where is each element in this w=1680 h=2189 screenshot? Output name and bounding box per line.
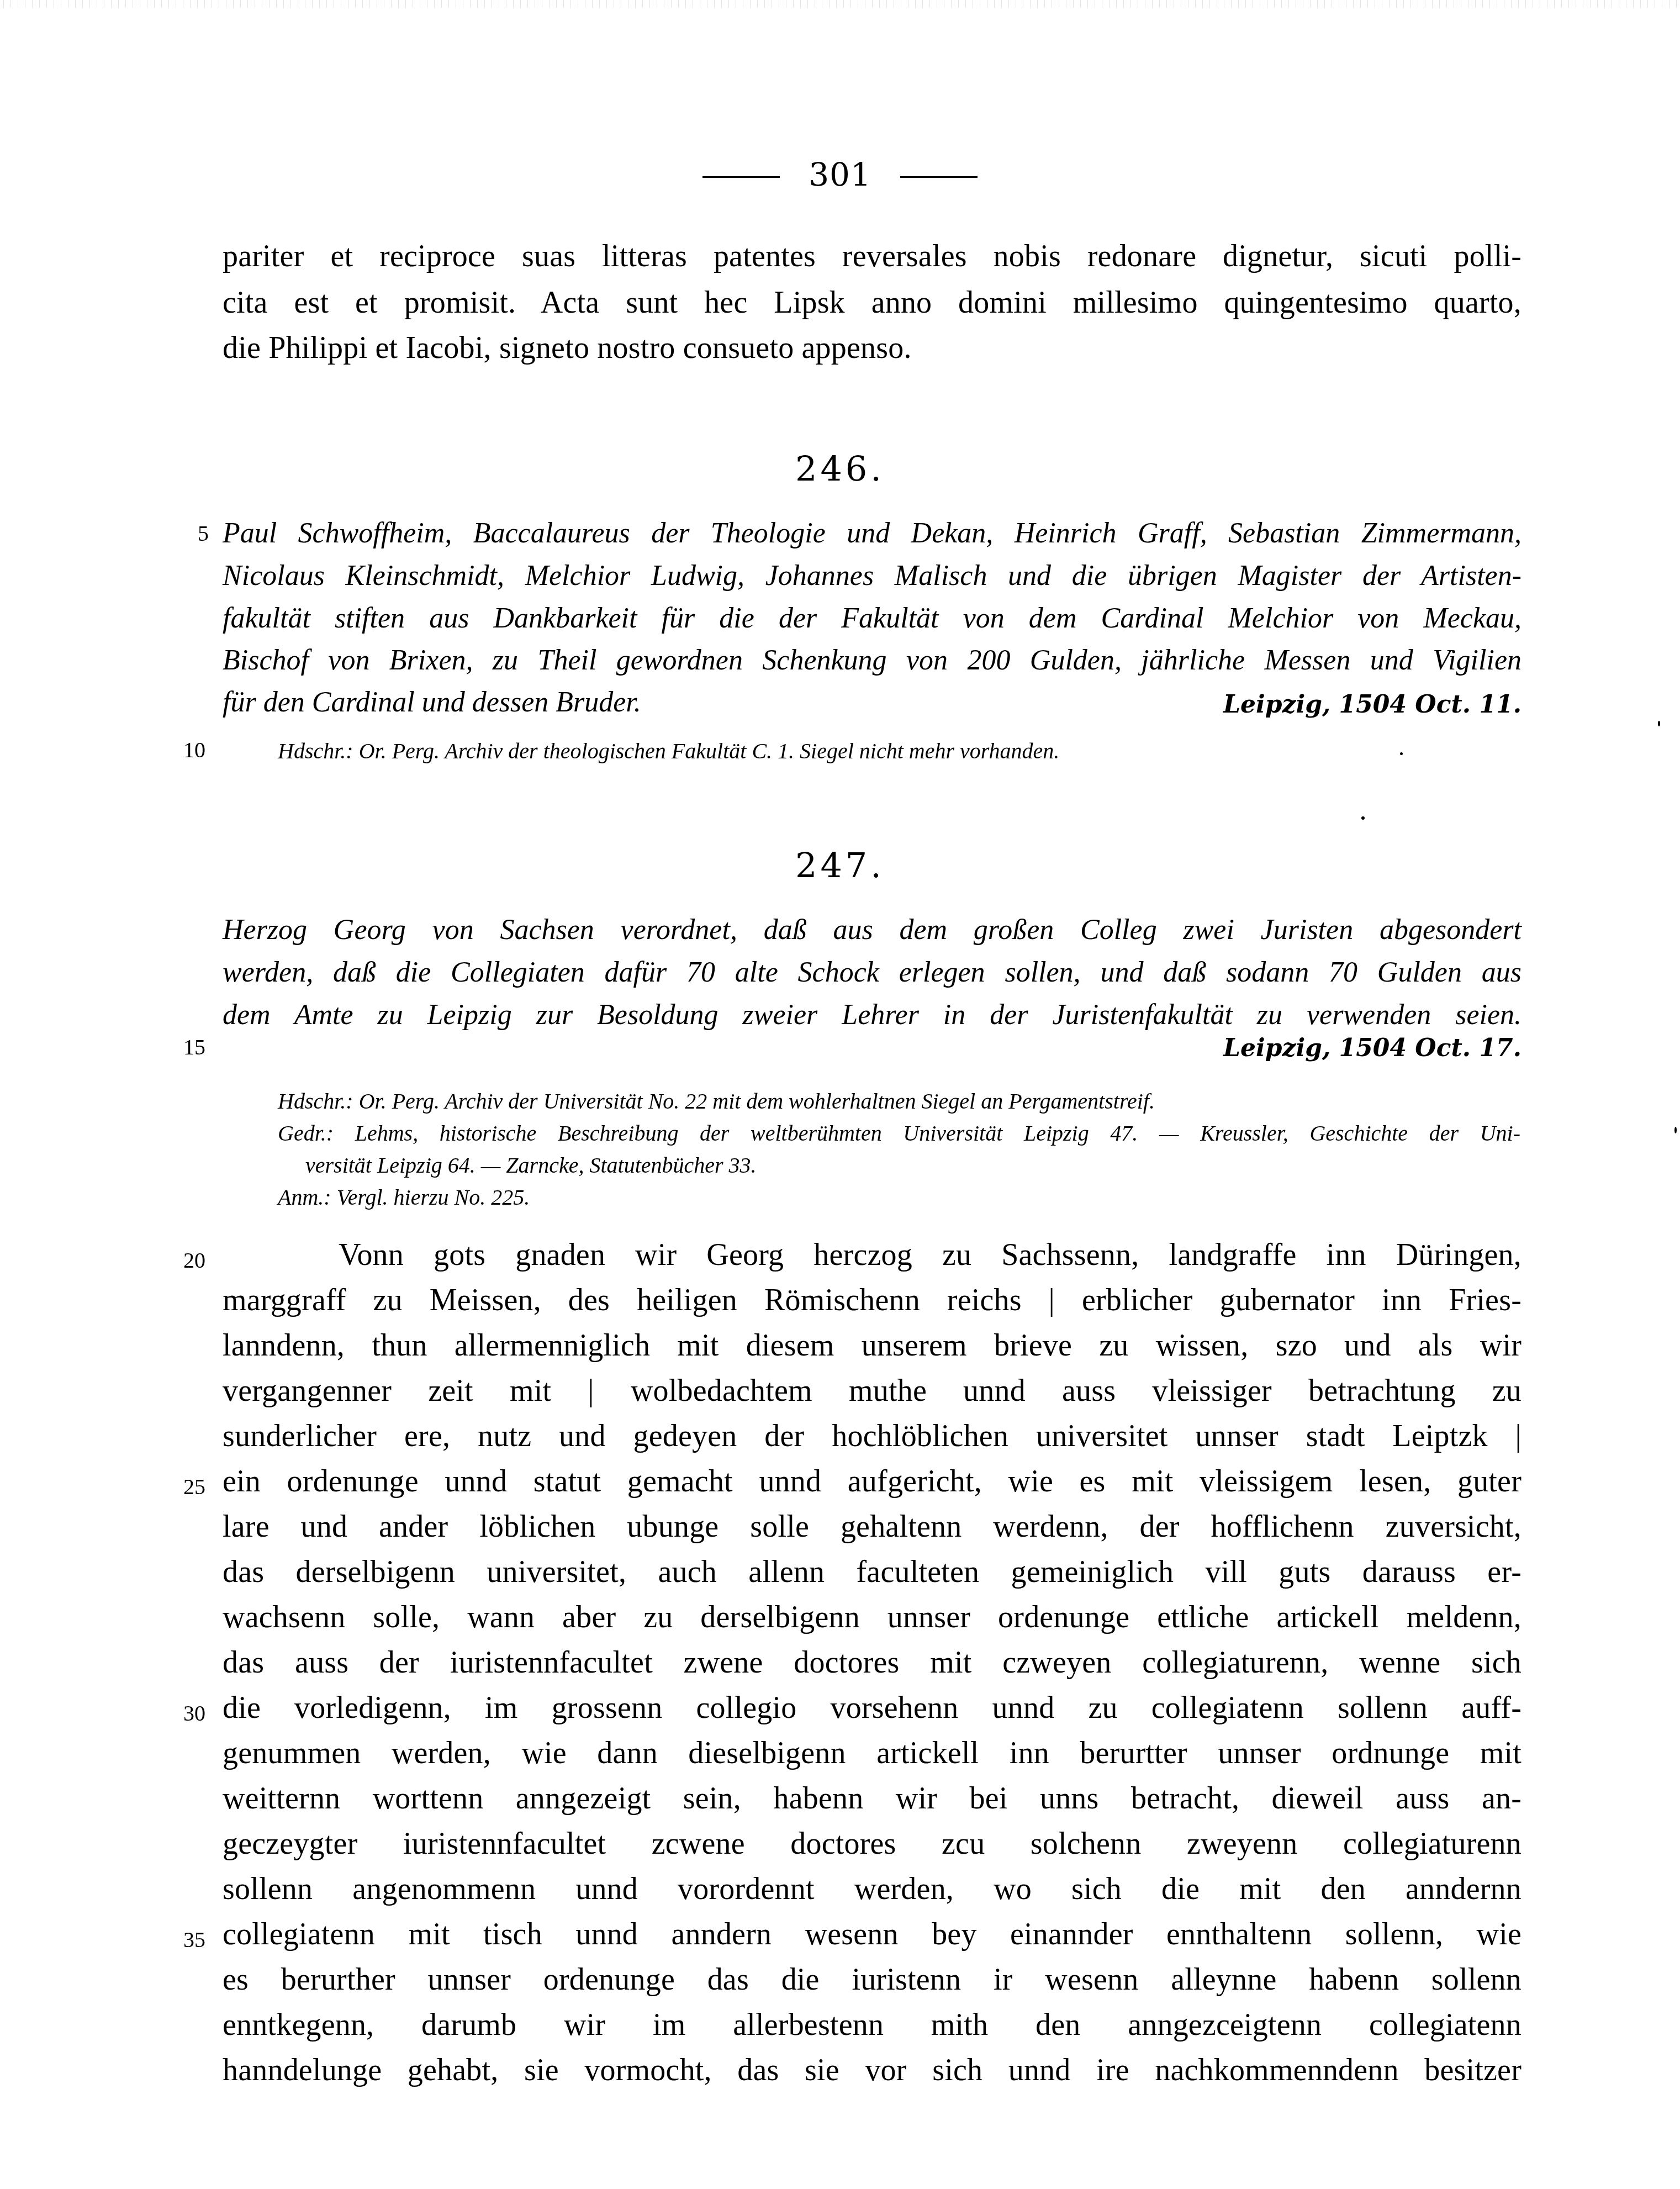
body-line: lanndenn, thun allermenniglich mit diese… [223, 1328, 1521, 1363]
body-line: ein ordenunge unnd statut gemacht unnd a… [223, 1464, 1521, 1499]
scan-speck [1658, 721, 1660, 726]
scan-speck [1674, 1127, 1677, 1133]
margin-line-number: 25 [183, 1474, 205, 1500]
regest-line: Bischof von Brixen, zu Theil gewordnen S… [223, 644, 1521, 677]
body-line: collegiatenn mit tisch unnd anndern wese… [223, 1917, 1521, 1952]
document-date: Leipzig, 1504 Oct. 11. [1223, 690, 1521, 719]
margin-line-number: 10 [183, 737, 205, 763]
body-line: marggraff zu Meissen, des heiligen Römis… [223, 1283, 1521, 1318]
body-line: vergangenner zeit mit | wolbedachtem mut… [223, 1373, 1521, 1409]
body-line: das derselbigenn universitet, auch allen… [223, 1554, 1521, 1590]
manuscript-note: Hdschr.: Or. Perg. Archiv der theologisc… [278, 738, 1059, 764]
body-line: geczeygter iuristennfacultet zcwene doct… [223, 1826, 1521, 1861]
body-line: das auss der iuristennfacultet zwene doc… [223, 1645, 1521, 1680]
body-line: genummen werden, wie dann dieselbigenn a… [223, 1736, 1521, 1771]
note-remark: Anm.: Vergl. hierzu No. 225. [278, 1184, 530, 1210]
page-number-dash-left [702, 176, 780, 178]
text-line: pariter et reciproce suas litteras paten… [223, 239, 1521, 274]
body-line: wachsenn solle, wann aber zu derselbigen… [223, 1600, 1521, 1635]
regest-line: werden, daß die Collegiaten dafür 70 alt… [223, 956, 1521, 989]
scan-edge-artifact [0, 0, 1680, 8]
body-line: die vorledigenn, im grossenn collegio vo… [223, 1690, 1521, 1726]
document-heading-246: 246. [0, 449, 1680, 489]
regest-line: Nicolaus Kleinschmidt, Melchior Ludwig, … [223, 560, 1521, 592]
page-number-value: 301 [809, 156, 871, 193]
scan-speck [1361, 816, 1365, 820]
text-line: cita est et promisit. Acta sunt hec Lips… [223, 285, 1521, 320]
regest-line: fakultät stiften aus Dankbarkeit für die… [223, 602, 1521, 635]
body-line: es berurther unnser ordenunge das die iu… [223, 1962, 1521, 1997]
text-line: die Philippi et Iacobi, signeto nostro c… [223, 330, 1521, 366]
page-number-dash-right [900, 176, 978, 178]
margin-line-number: 20 [183, 1247, 205, 1273]
body-line: sunderlicher ere, nutz und gedeyen der h… [223, 1418, 1521, 1454]
margin-line-number: 5 [198, 520, 209, 546]
margin-line-number: 15 [183, 1034, 205, 1060]
document-heading-247: 247. [0, 845, 1680, 885]
regest-line: Herzog Georg von Sachsen verordnet, daß … [223, 914, 1521, 946]
body-line: enntkegenn, darumb wir im allerbestenn m… [223, 2007, 1521, 2043]
note-manuscript: Hdschr.: Or. Perg. Archiv der Universitä… [278, 1088, 1155, 1114]
scan-speck [1400, 752, 1403, 755]
margin-line-number: 35 [183, 1927, 205, 1953]
body-line: hanndelunge gehabt, sie vormocht, das si… [223, 2053, 1521, 2088]
regest-line: für den Cardinal und dessen Bruder. [223, 686, 996, 719]
regest-line: Paul Schwoffheim, Baccalaureus der Theol… [223, 517, 1521, 550]
margin-line-number: 30 [183, 1700, 205, 1726]
note-printed-continued: versität Leipzig 64. — Zarncke, Statuten… [305, 1152, 757, 1178]
regest-line: dem Amte zu Leipzig zur Besoldung zweier… [223, 999, 1521, 1031]
body-line: lare und ander löblichen ubunge solle ge… [223, 1509, 1521, 1544]
note-printed: Gedr.: Lehms, historische Beschreibung d… [278, 1120, 1520, 1146]
page-number: 301 [0, 156, 1680, 193]
document-date: Leipzig, 1504 Oct. 17. [1223, 1034, 1521, 1062]
body-line: sollenn angenommenn unnd vorordennt werd… [223, 1871, 1521, 1907]
body-line: weitternn worttenn anngezeigt sein, habe… [223, 1781, 1521, 1816]
body-line: Vonn gots gnaden wir Georg herczog zu Sa… [339, 1237, 1521, 1273]
